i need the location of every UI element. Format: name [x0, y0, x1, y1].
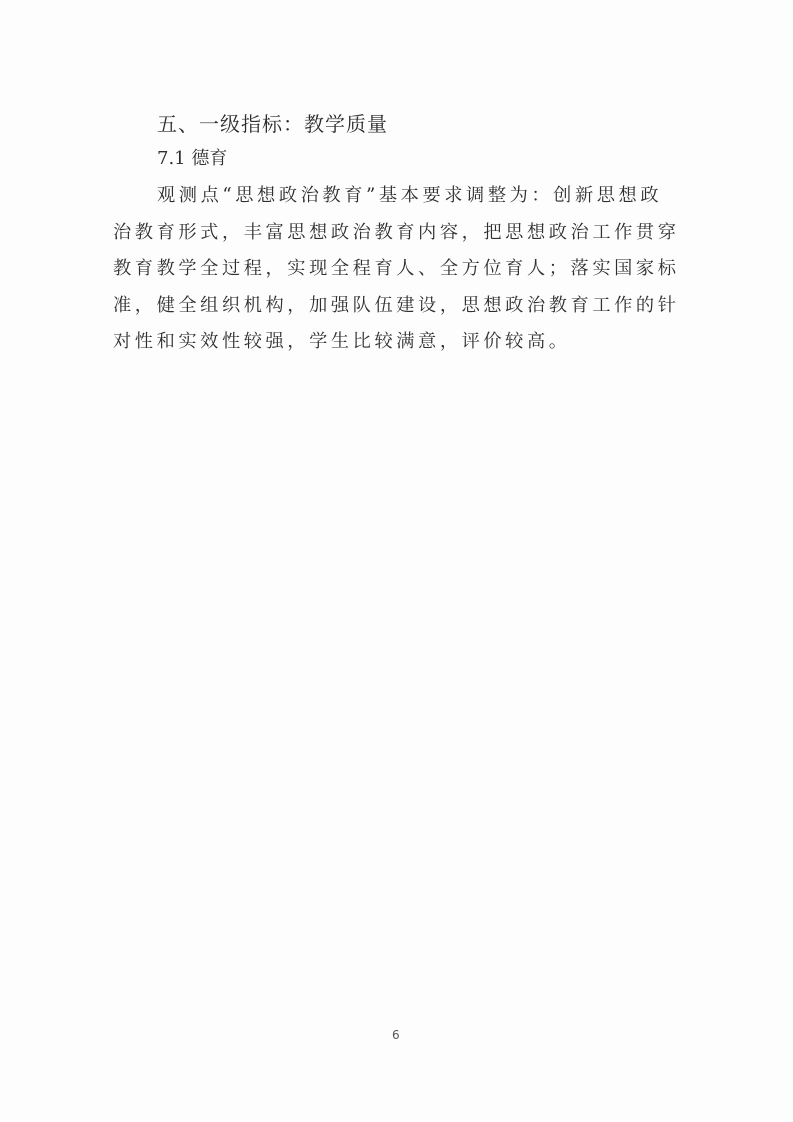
- paragraph-line: 治教育形式，丰富思想政治教育内容，把思想政治工作贯穿: [113, 215, 673, 252]
- paragraph-line: 观测点“思想政治教育”基本要求调整为：创新思想政: [113, 178, 673, 215]
- paragraph-line: 教育教学全过程，实现全程育人、全方位育人；落实国家标: [113, 251, 673, 288]
- body-paragraph: 观测点“思想政治教育”基本要求调整为：创新思想政 治教育形式，丰富思想政治教育内…: [113, 178, 673, 361]
- section-heading: 五、一级指标：教学质量: [157, 108, 388, 137]
- paragraph-line: 对性和实效性较强，学生比较满意，评价较高。: [113, 324, 673, 361]
- document-page: 五、一级指标：教学质量 7.1 德育 观测点“思想政治教育”基本要求调整为：创新…: [0, 0, 793, 1122]
- paragraph-line: 准，健全组织机构，加强队伍建设，思想政治教育工作的针: [113, 288, 673, 325]
- page-number: 6: [392, 1028, 400, 1042]
- subsection-heading: 7.1 德育: [157, 144, 227, 170]
